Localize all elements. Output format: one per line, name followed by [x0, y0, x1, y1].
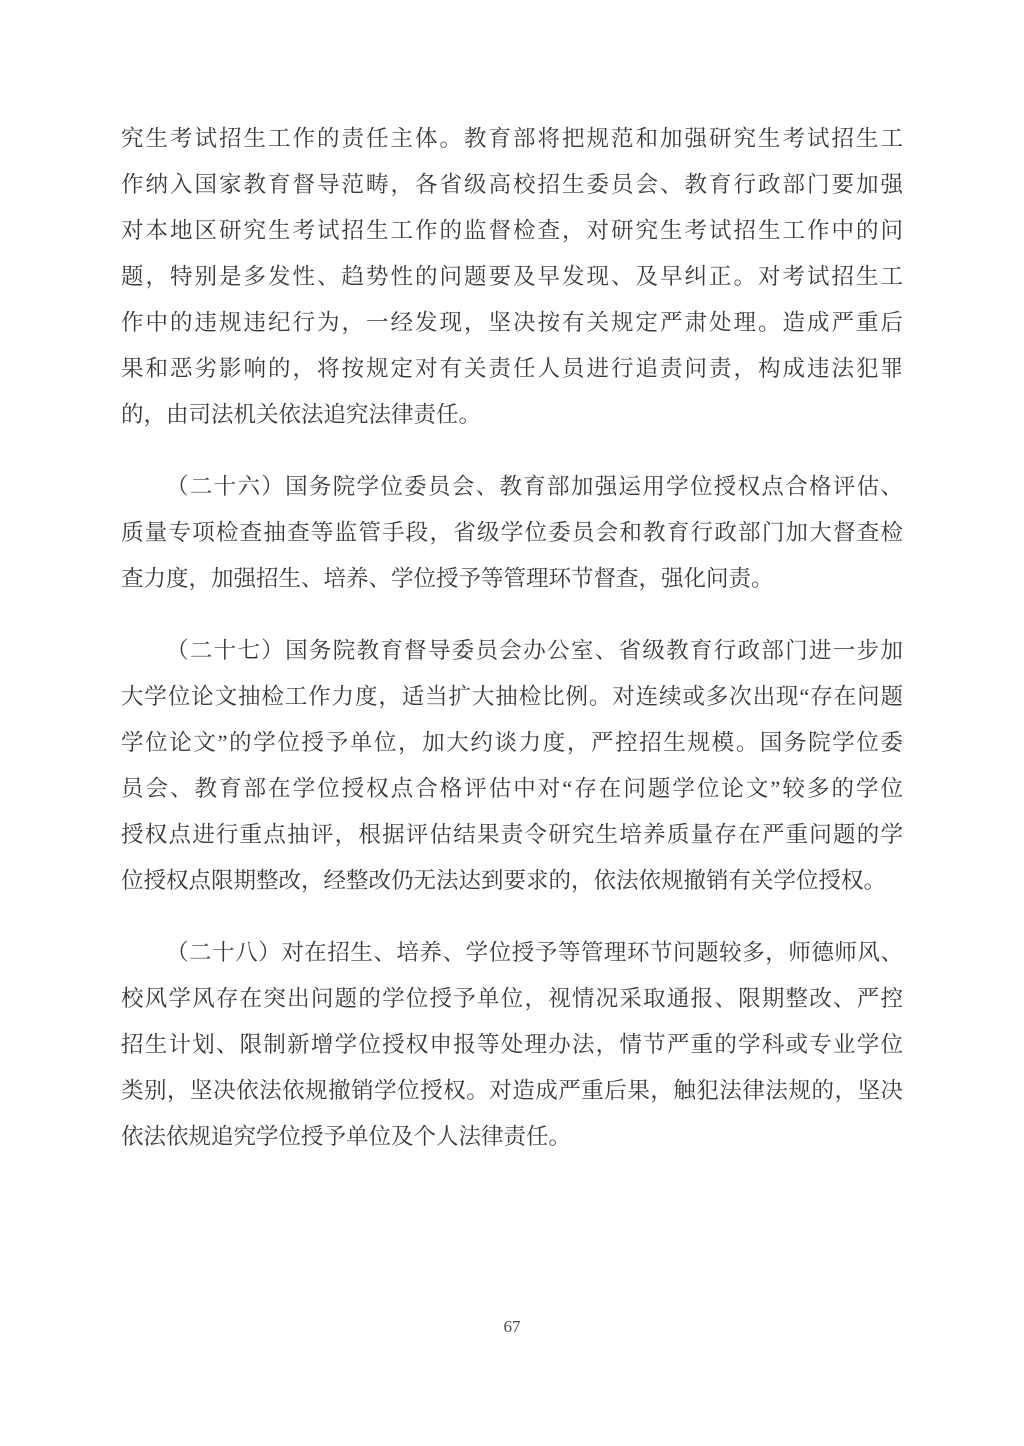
- paragraph-27: （二十七）国务院教育督导委员会办公室、省级教育行政部门进一步加 大学位论文抽检工…: [121, 628, 903, 904]
- text-line: 作中的违规违纪行为，一经发现，坚决按有关规定严肃处理。造成严重后: [121, 300, 903, 346]
- text-line: 质量专项检查抽查等监管手段，省级学位委员会和教育行政部门加大督查检: [121, 510, 903, 556]
- text-line: 作纳入国家教育督导范畴，各省级高校招生委员会、教育行政部门要加强: [121, 162, 903, 208]
- text-line: 招生计划、限制新增学位授权申报等处理办法，情节严重的学科或专业学位: [121, 1022, 903, 1068]
- text-line: （二十七）国务院教育督导委员会办公室、省级教育行政部门进一步加: [121, 628, 903, 674]
- document-body: 究生考试招生工作的责任主体。教育部将把规范和加强研究生考试招生工 作纳入国家教育…: [121, 116, 903, 1160]
- text-line: 依法依规追究学位授予单位及个人法律责任。: [121, 1114, 903, 1160]
- paragraph-26: （二十六）国务院学位委员会、教育部加强运用学位授权点合格评估、 质量专项检查抽查…: [121, 464, 903, 602]
- text-line: 授权点进行重点抽评，根据评估结果责令研究生培养质量存在严重问题的学: [121, 812, 903, 858]
- text-line: 究生考试招生工作的责任主体。教育部将把规范和加强研究生考试招生工: [121, 116, 903, 162]
- text-line: 位授权点限期整改，经整改仍无法达到要求的，依法依规撤销有关学位授权。: [121, 858, 903, 904]
- document-page: 究生考试招生工作的责任主体。教育部将把规范和加强研究生考试招生工 作纳入国家教育…: [0, 0, 1024, 1446]
- text-line: （二十八）对在招生、培养、学位授予等管理环节问题较多，师德师风、: [121, 930, 903, 976]
- text-line: 员会、教育部在学位授权点合格评估中对“存在问题学位论文”较多的学位: [121, 766, 903, 812]
- paragraph-continuation: 究生考试招生工作的责任主体。教育部将把规范和加强研究生考试招生工 作纳入国家教育…: [121, 116, 903, 438]
- text-line: 类别，坚决依法依规撤销学位授权。对造成严重后果，触犯法律法规的，坚决: [121, 1068, 903, 1114]
- text-line: 果和恶劣影响的，将按规定对有关责任人员进行追责问责，构成违法犯罪: [121, 346, 903, 392]
- text-line: 查力度，加强招生、培养、学位授予等管理环节督查，强化问责。: [121, 556, 903, 602]
- text-line: 学位论文”的学位授予单位，加大约谈力度，严控招生规模。国务院学位委: [121, 720, 903, 766]
- text-line: （二十六）国务院学位委员会、教育部加强运用学位授权点合格评估、: [121, 464, 903, 510]
- text-line: 大学位论文抽检工作力度，适当扩大抽检比例。对连续或多次出现“存在问题: [121, 674, 903, 720]
- page-number: 67: [0, 1312, 1024, 1342]
- text-line: 校风学风存在突出问题的学位授予单位，视情况采取通报、限期整改、严控: [121, 976, 903, 1022]
- paragraph-28: （二十八）对在招生、培养、学位授予等管理环节问题较多，师德师风、 校风学风存在突…: [121, 930, 903, 1160]
- text-line: 的，由司法机关依法追究法律责任。: [121, 392, 903, 438]
- text-line: 对本地区研究生考试招生工作的监督检查，对研究生考试招生工作中的问: [121, 208, 903, 254]
- text-line: 题，特别是多发性、趋势性的问题要及早发现、及早纠正。对考试招生工: [121, 254, 903, 300]
